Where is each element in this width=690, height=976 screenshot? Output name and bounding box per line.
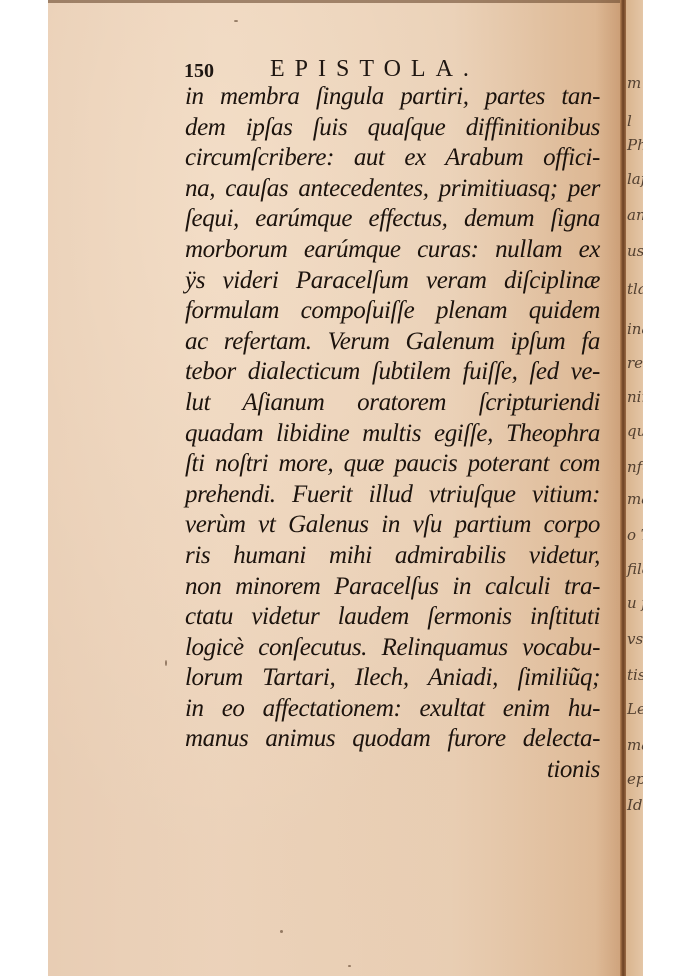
scanned-book-page: 150 EPISTOLA. in membra ſingula partiri,… [0, 0, 690, 976]
text-line: non minorem Paracelſus in calculi tra- [185, 572, 600, 603]
text-line: manus animus quodam furore delecta- [185, 724, 600, 755]
text-line: formulam compoſuiſſe plenam quidem [185, 296, 600, 327]
next-page-fragment: man [627, 490, 643, 508]
next-page-fragment: Ide [627, 796, 643, 814]
next-page-fragment: tis [627, 666, 643, 684]
next-page-fragment: ina, [627, 320, 643, 338]
next-page-fragment: eps [627, 770, 643, 788]
text-line: dem ipſas ſuis quaſque diffinitionibus [185, 113, 600, 144]
body-text: in membra ſingula partiri, partes tan- d… [185, 82, 600, 786]
next-page-fragment: ance [627, 206, 643, 224]
next-page-fragment: nfe [627, 458, 643, 476]
text-line: ris humani mihi admirabilis videtur, [185, 541, 600, 572]
running-head-title: EPISTOLA. [270, 56, 479, 83]
text-line: ÿs videri Paracelſum veram diſciplinæ [185, 266, 600, 297]
text-line: tebor dialecticum ſubtilem fuiſſe, ſed v… [185, 357, 600, 388]
text-line: in eo affectationem: exultat enim hu- [185, 694, 600, 725]
text-line: quadam libidine multis egiſſe, Theophra [185, 419, 600, 450]
next-page-fragment: fila [627, 560, 643, 578]
next-page-fragment: l [627, 112, 632, 130]
text-line: in membra ſingula partiri, partes tan- [185, 82, 600, 113]
next-page-fragment: Le [627, 700, 643, 718]
next-page-edge: m l Phi lafa ance usfc tlan ina, res nin… [626, 0, 643, 976]
text-line: ctatu videtur laudem ſermonis inſtituti [185, 602, 600, 633]
next-page-fragment: m [627, 74, 641, 92]
page-number: 150 [184, 60, 214, 83]
next-page-fragment: o T [627, 526, 643, 544]
text-line: verùm vt Galenus in vſu partium corpo [185, 510, 600, 541]
next-page-fragment: ma [627, 736, 643, 754]
text-line: ſti noſtri more, quæ paucis poterant com [185, 449, 600, 480]
paper-speck [280, 930, 283, 933]
text-line: na, cauſas antecedentes, primitiuasq; pe… [185, 174, 600, 205]
text-line: morborum earúmque curas: nullam ex [185, 235, 600, 266]
text-line: lut Aſianum oratorem ſcripturiendi [185, 388, 600, 419]
next-page-fragment: nin [627, 388, 643, 406]
text-line: circumſcribere: aut ex Arabum offici- [185, 143, 600, 174]
paper-speck [165, 660, 167, 666]
text-line: ac refertam. Verum Galenum ipſum fa [185, 327, 600, 358]
next-page-fragment: u fa [627, 594, 643, 612]
running-head: 150 EPISTOLA. [184, 56, 504, 82]
text-line: lorum Tartari, Ilech, Aniadi, ſimiliũq; [185, 663, 600, 694]
next-page-fragment: tlan [627, 280, 643, 298]
paper-speck [348, 965, 351, 967]
next-page-fragment: Phi [627, 136, 643, 154]
text-line: logicè conſecutus. Relinquamus vocabu- [185, 633, 600, 664]
next-page-fragment: lafa [627, 170, 643, 188]
text-line: ſequi, earúmque effectus, demum ſigna [185, 204, 600, 235]
next-page-fragment: vsi [627, 630, 643, 648]
text-line-catchword: tionis [185, 755, 600, 786]
page-top-edge [48, 0, 624, 3]
next-page-fragment: que [627, 422, 643, 440]
next-page-fragment: res [627, 354, 643, 372]
text-line: prehendi. Fuerit illud vtriuſque vitium: [185, 480, 600, 511]
next-page-fragment: usfc [627, 242, 643, 260]
paper-speck [234, 20, 238, 22]
